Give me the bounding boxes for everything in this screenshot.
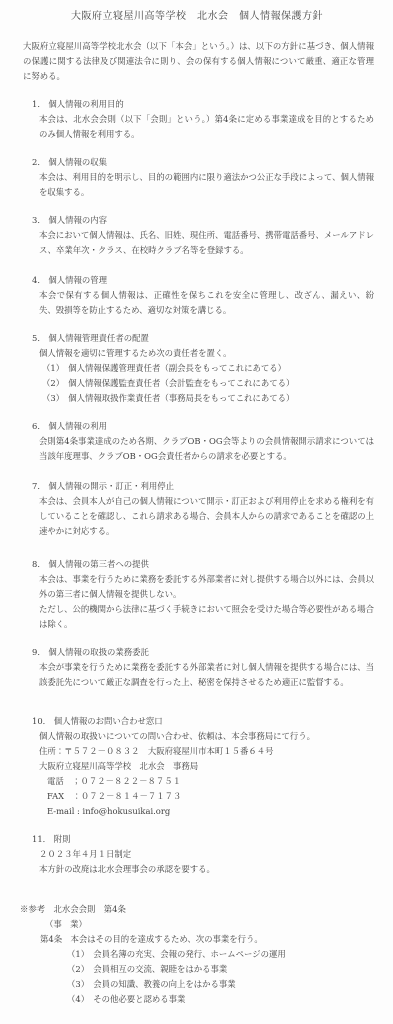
section-paragraph: 本方針の改廃は北水会理事会の承認を要する。: [39, 862, 374, 877]
section-title: 個人情報の利用目的: [48, 99, 123, 109]
section-5: 5． 個人情報管理責任者の配置 個人情報を適切に管理するため次の責任者を置く。 …: [20, 331, 374, 406]
section-paragraph: 本会は、北水会会則（以下「会則」という。）第4条に定める事業達成を目的とするため…: [39, 112, 374, 142]
section-number: 10．: [32, 714, 51, 729]
section-title: 個人情報の開示・訂正・利用停止: [48, 481, 174, 491]
reference-items-list: （1） 会員名簿の充実、会報の発行、ホームページの運用 （2） 会員相互の交流、…: [67, 947, 374, 1007]
section-title: 附則: [54, 834, 71, 844]
section-paragraph: 本会は、利用目的を明示し、目的の範囲内に限り適法かつ公正な手段によって、個人情報…: [39, 170, 374, 200]
section-title: 個人情報の管理: [48, 275, 107, 285]
section-2: 2． 個人情報の収集 本会は、利用目的を明示し、目的の範囲内に限り適法かつ公正な…: [20, 155, 374, 200]
section-number: 1．: [32, 97, 46, 112]
section-6: 6． 個人情報の利用 会則第4条事業達成のため各期、クラブOB・OG会等よりの会…: [20, 419, 374, 464]
section-heading: 3． 個人情報の内容: [32, 213, 374, 228]
section-heading: 5． 個人情報管理責任者の配置: [32, 331, 374, 346]
section-paragraph: 本会で保有する個人情報は、正確性を保ちこれを安全に管理し、改ざん、漏えい、紛失、…: [39, 288, 374, 318]
responsible-persons-list: （1） 個人情報保護管理責任者（副会長をもってこれにあてる） （2） 個人情報保…: [42, 361, 374, 406]
section-number: 2．: [32, 155, 46, 170]
section-heading: 4． 個人情報の管理: [32, 273, 374, 288]
section-4: 4． 個人情報の管理 本会で保有する個人情報は、正確性を保ちこれを安全に管理し、…: [20, 273, 374, 318]
section-title: 個人情報の第三者への提供: [48, 559, 149, 569]
contact-office: 大阪府立寝屋川高等学校 北水会 事務局: [39, 759, 374, 774]
document-title: 大阪府立寝屋川高等学校 北水会 個人情報保護方針: [20, 9, 374, 25]
section-number: 3．: [32, 213, 46, 228]
reference-heading: ※参考 北水会会則 第4条: [20, 902, 374, 917]
enactment-date: ２０２３年４月１日制定: [39, 847, 374, 862]
section-8: 8． 個人情報の第三者への提供 本会は、事業を行うために業務を委託する外部業者に…: [20, 557, 374, 632]
list-item: （1） 個人情報保護管理責任者（副会長をもってこれにあてる）: [42, 361, 374, 376]
section-title: 個人情報の内容: [48, 215, 107, 225]
section-paragraph: 本会は、会員本人が自己の個人情報について開示・訂正および利用停止を求める権利を有…: [39, 494, 374, 539]
contact-address: 住所：〒５７２－０８３２ 大阪府寝屋川市本町１５番６４号: [39, 744, 374, 759]
list-item: （2） 個人情報保護監査責任者（会計監査をもってこれにあてる）: [42, 376, 374, 391]
contact-fax: FAX ：０７２－８１４－７１７３: [47, 789, 374, 804]
section-title: 個人情報のお問い合わせ窓口: [54, 716, 163, 726]
section-heading: 8． 個人情報の第三者への提供: [32, 557, 374, 572]
document-page: 大阪府立寝屋川高等学校 北水会 個人情報保護方針 大阪府立寝屋川高等学校北水会（…: [0, 0, 393, 1024]
section-11: 11． 附則 ２０２３年４月１日制定 本方針の改廃は北水会理事会の承認を要する。: [20, 832, 374, 877]
section-heading: 1． 個人情報の利用目的: [32, 97, 374, 112]
section-paragraph: 本会は、事業を行うために業務を委託する外部業者に対し提供する場合以外には、会員以…: [39, 572, 374, 602]
section-paragraph: 本会が事業を行うために業務を委託する外部業者に対し個人情報を提供する場合には、当…: [39, 660, 374, 690]
section-1: 1． 個人情報の利用目的 本会は、北水会会則（以下「会則」という。）第4条に定め…: [20, 97, 374, 142]
section-title: 個人情報の収集: [48, 157, 107, 167]
section-number: 11．: [32, 832, 51, 847]
section-number: 4．: [32, 273, 46, 288]
section-number: 9．: [32, 645, 46, 660]
contact-email: E-mail : info@hokusuikai.org: [47, 804, 374, 819]
intro-paragraph: 大阪府立寝屋川高等学校北水会（以下「本会」という。）は、以下の方針に基づき、個人…: [23, 39, 374, 84]
section-title: 個人情報管理責任者の配置: [48, 333, 149, 343]
section-paragraph: 個人情報を適切に管理するため次の責任者を置く。: [39, 346, 374, 361]
section-9: 9． 個人情報の取扱の業務委託 本会が事業を行うために業務を委託する外部業者に対…: [20, 645, 374, 690]
reference-block: ※参考 北水会会則 第4条 （事 業） 第4条 本会はその目的を達成するため、次…: [20, 902, 374, 1007]
section-paragraph: 会則第4条事業達成のため各期、クラブOB・OG会等よりの会員情報開示請求について…: [39, 434, 374, 464]
section-number: 6．: [32, 419, 46, 434]
section-7: 7． 個人情報の開示・訂正・利用停止 本会は、会員本人が自己の個人情報について開…: [20, 479, 374, 539]
reference-article: 第4条 本会はその目的を達成するため、次の事業を行う。: [40, 932, 374, 947]
section-paragraph: 本会において個人情報は、氏名、旧姓、現住所、電話番号、携帯電話番号、メールアドレ…: [39, 228, 374, 258]
section-number: 7．: [32, 479, 46, 494]
list-item: （2） 会員相互の交流、親睦をはかる事業: [67, 962, 374, 977]
section-10: 10． 個人情報のお問い合わせ窓口 個人情報の取扱いについての問い合わせ、依頼は…: [20, 714, 374, 819]
section-title: 個人情報の取扱の業務委託: [48, 647, 149, 657]
section-heading: 9． 個人情報の取扱の業務委託: [32, 645, 374, 660]
contact-phone: 電話 ；０７２－８２２－８７５１: [47, 774, 374, 789]
list-item: （3） 会員の知識、教養の向上をはかる事業: [67, 977, 374, 992]
reference-subheading: （事 業）: [45, 917, 374, 932]
section-paragraph: ただし、公的機関から法律に基づく手続きにおいて照会を受けた場合等必要性がある場合…: [39, 602, 374, 632]
section-heading: 11． 附則: [32, 832, 374, 847]
section-3: 3． 個人情報の内容 本会において個人情報は、氏名、旧姓、現住所、電話番号、携帯…: [20, 213, 374, 258]
list-item: （1） 会員名簿の充実、会報の発行、ホームページの運用: [67, 947, 374, 962]
section-heading: 7． 個人情報の開示・訂正・利用停止: [32, 479, 374, 494]
section-heading: 2． 個人情報の収集: [32, 155, 374, 170]
section-heading: 10． 個人情報のお問い合わせ窓口: [32, 714, 374, 729]
list-item: （3） 個人情報取扱作業責任者（事務局長をもってこれにあてる）: [42, 391, 374, 406]
section-paragraph: 個人情報の取扱いについての問い合わせ、依頼は、本会事務局にて行う。: [39, 729, 374, 744]
section-number: 8．: [32, 557, 46, 572]
section-number: 5．: [32, 331, 46, 346]
section-heading: 6． 個人情報の利用: [32, 419, 374, 434]
list-item: （4） その他必要と認める事業: [67, 992, 374, 1007]
section-title: 個人情報の利用: [48, 421, 107, 431]
